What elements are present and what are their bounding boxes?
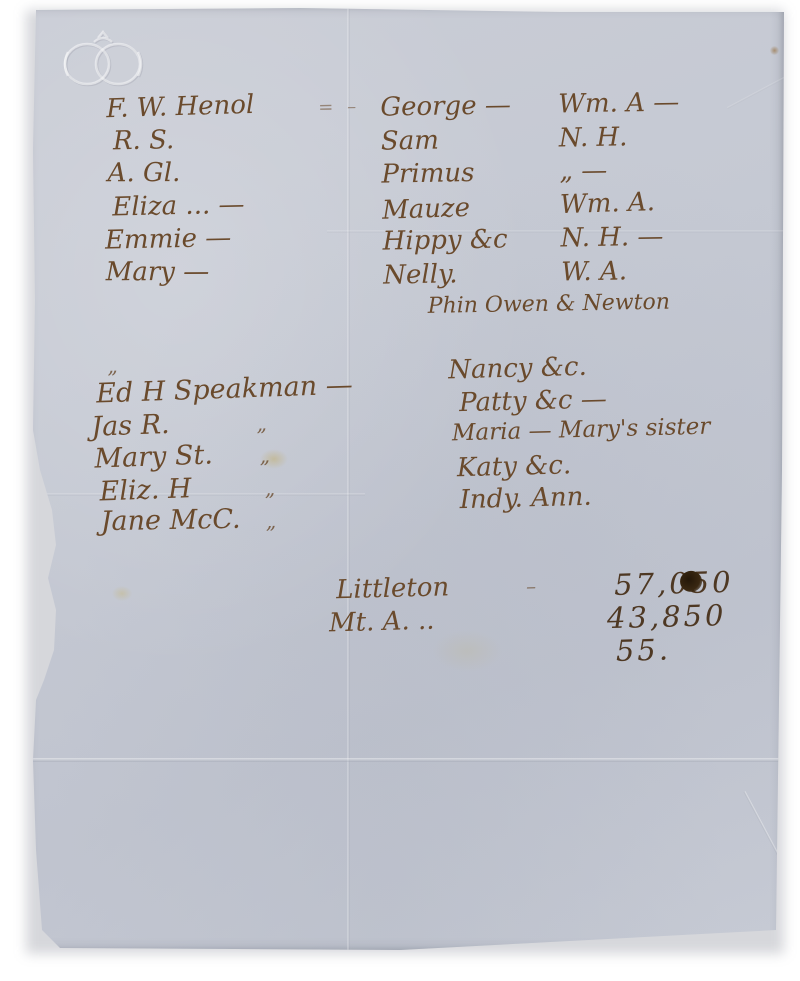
name-text: Jane McC.: [100, 503, 266, 538]
ditto-mark: „: [256, 405, 268, 438]
diagonal-crease: [744, 791, 800, 907]
upper-right-name-list: George — Wm. A — Sam N. H. Primus „ — Ma…: [380, 87, 683, 319]
name-text: Mauze: [382, 190, 561, 229]
note-text: N. H. —: [560, 222, 663, 257]
total-label: Mt. A. ..: [329, 603, 520, 638]
name-text: George —: [380, 90, 559, 127]
total-value-text: 57,050: [614, 565, 734, 602]
paper-stain: [770, 46, 779, 55]
entry-line: A. Gl.: [108, 158, 256, 192]
name-text: Eliz. H: [99, 470, 265, 508]
name-text: Hippy &c: [382, 223, 561, 260]
dash-mark: [527, 634, 615, 640]
upper-left-name-list: = – F. W. Henol R. S. A. Gl. Eliza ... —…: [106, 90, 258, 291]
group-footer-note: Phin Owen & Newton: [428, 289, 683, 318]
entry-row: Nelly. W. A.: [383, 255, 682, 294]
entry-row: Sam N. H.: [381, 121, 680, 160]
entry-line: Emmie —: [105, 222, 258, 258]
totals-section: Littleton – 57,050 Mt. A. .. 43,850 55.: [336, 565, 736, 674]
total-value: 57,050: [614, 565, 734, 602]
total-value: 55.: [615, 632, 671, 667]
note-text: N. H.: [559, 122, 628, 157]
name-text: Sam: [381, 123, 560, 160]
document-paper: = – F. W. Henol R. S. A. Gl. Eliza ... —…: [22, 6, 784, 952]
entry-row: Jane McC. „: [100, 502, 357, 539]
name-text: Nelly.: [383, 257, 562, 294]
ditto-mark: „: [259, 437, 271, 470]
note-text: Wm. A.: [560, 187, 656, 223]
lower-left-name-list: „ Ed H Speakman — Jas R. „ Mary St. „ El…: [95, 346, 358, 541]
total-value: 43,850: [607, 598, 727, 635]
entry-line: Eliza ... —: [112, 189, 257, 225]
entry-line: Mary —: [106, 257, 258, 291]
lower-right-name-list: Nancy &c. Patty &c — Maria — Mary's sist…: [448, 349, 713, 518]
note-text: Wm. A —: [558, 87, 680, 123]
name-text: Primus: [381, 157, 560, 194]
embossed-stamp-icon: [60, 30, 146, 96]
note-text: „ —: [559, 156, 607, 190]
entry-line: R. S.: [113, 123, 256, 159]
ditto-mark: „: [265, 503, 276, 536]
note-text: W. A.: [561, 256, 627, 291]
entry-line: F. W. Henol: [106, 90, 255, 127]
horizontal-fold-crease: [22, 758, 784, 762]
entry-line: Indy. Ann.: [459, 479, 712, 518]
diagonal-crease: [727, 65, 800, 109]
ditto-dash-mark: = –: [318, 96, 360, 118]
total-label: Littleton: [336, 570, 527, 605]
entry-row: George — Wm. A —: [380, 87, 679, 126]
ditto-mark: „: [264, 470, 276, 503]
dash-mark: [519, 601, 607, 607]
dash-mark: –: [526, 568, 615, 598]
paper-stain: [112, 586, 132, 601]
